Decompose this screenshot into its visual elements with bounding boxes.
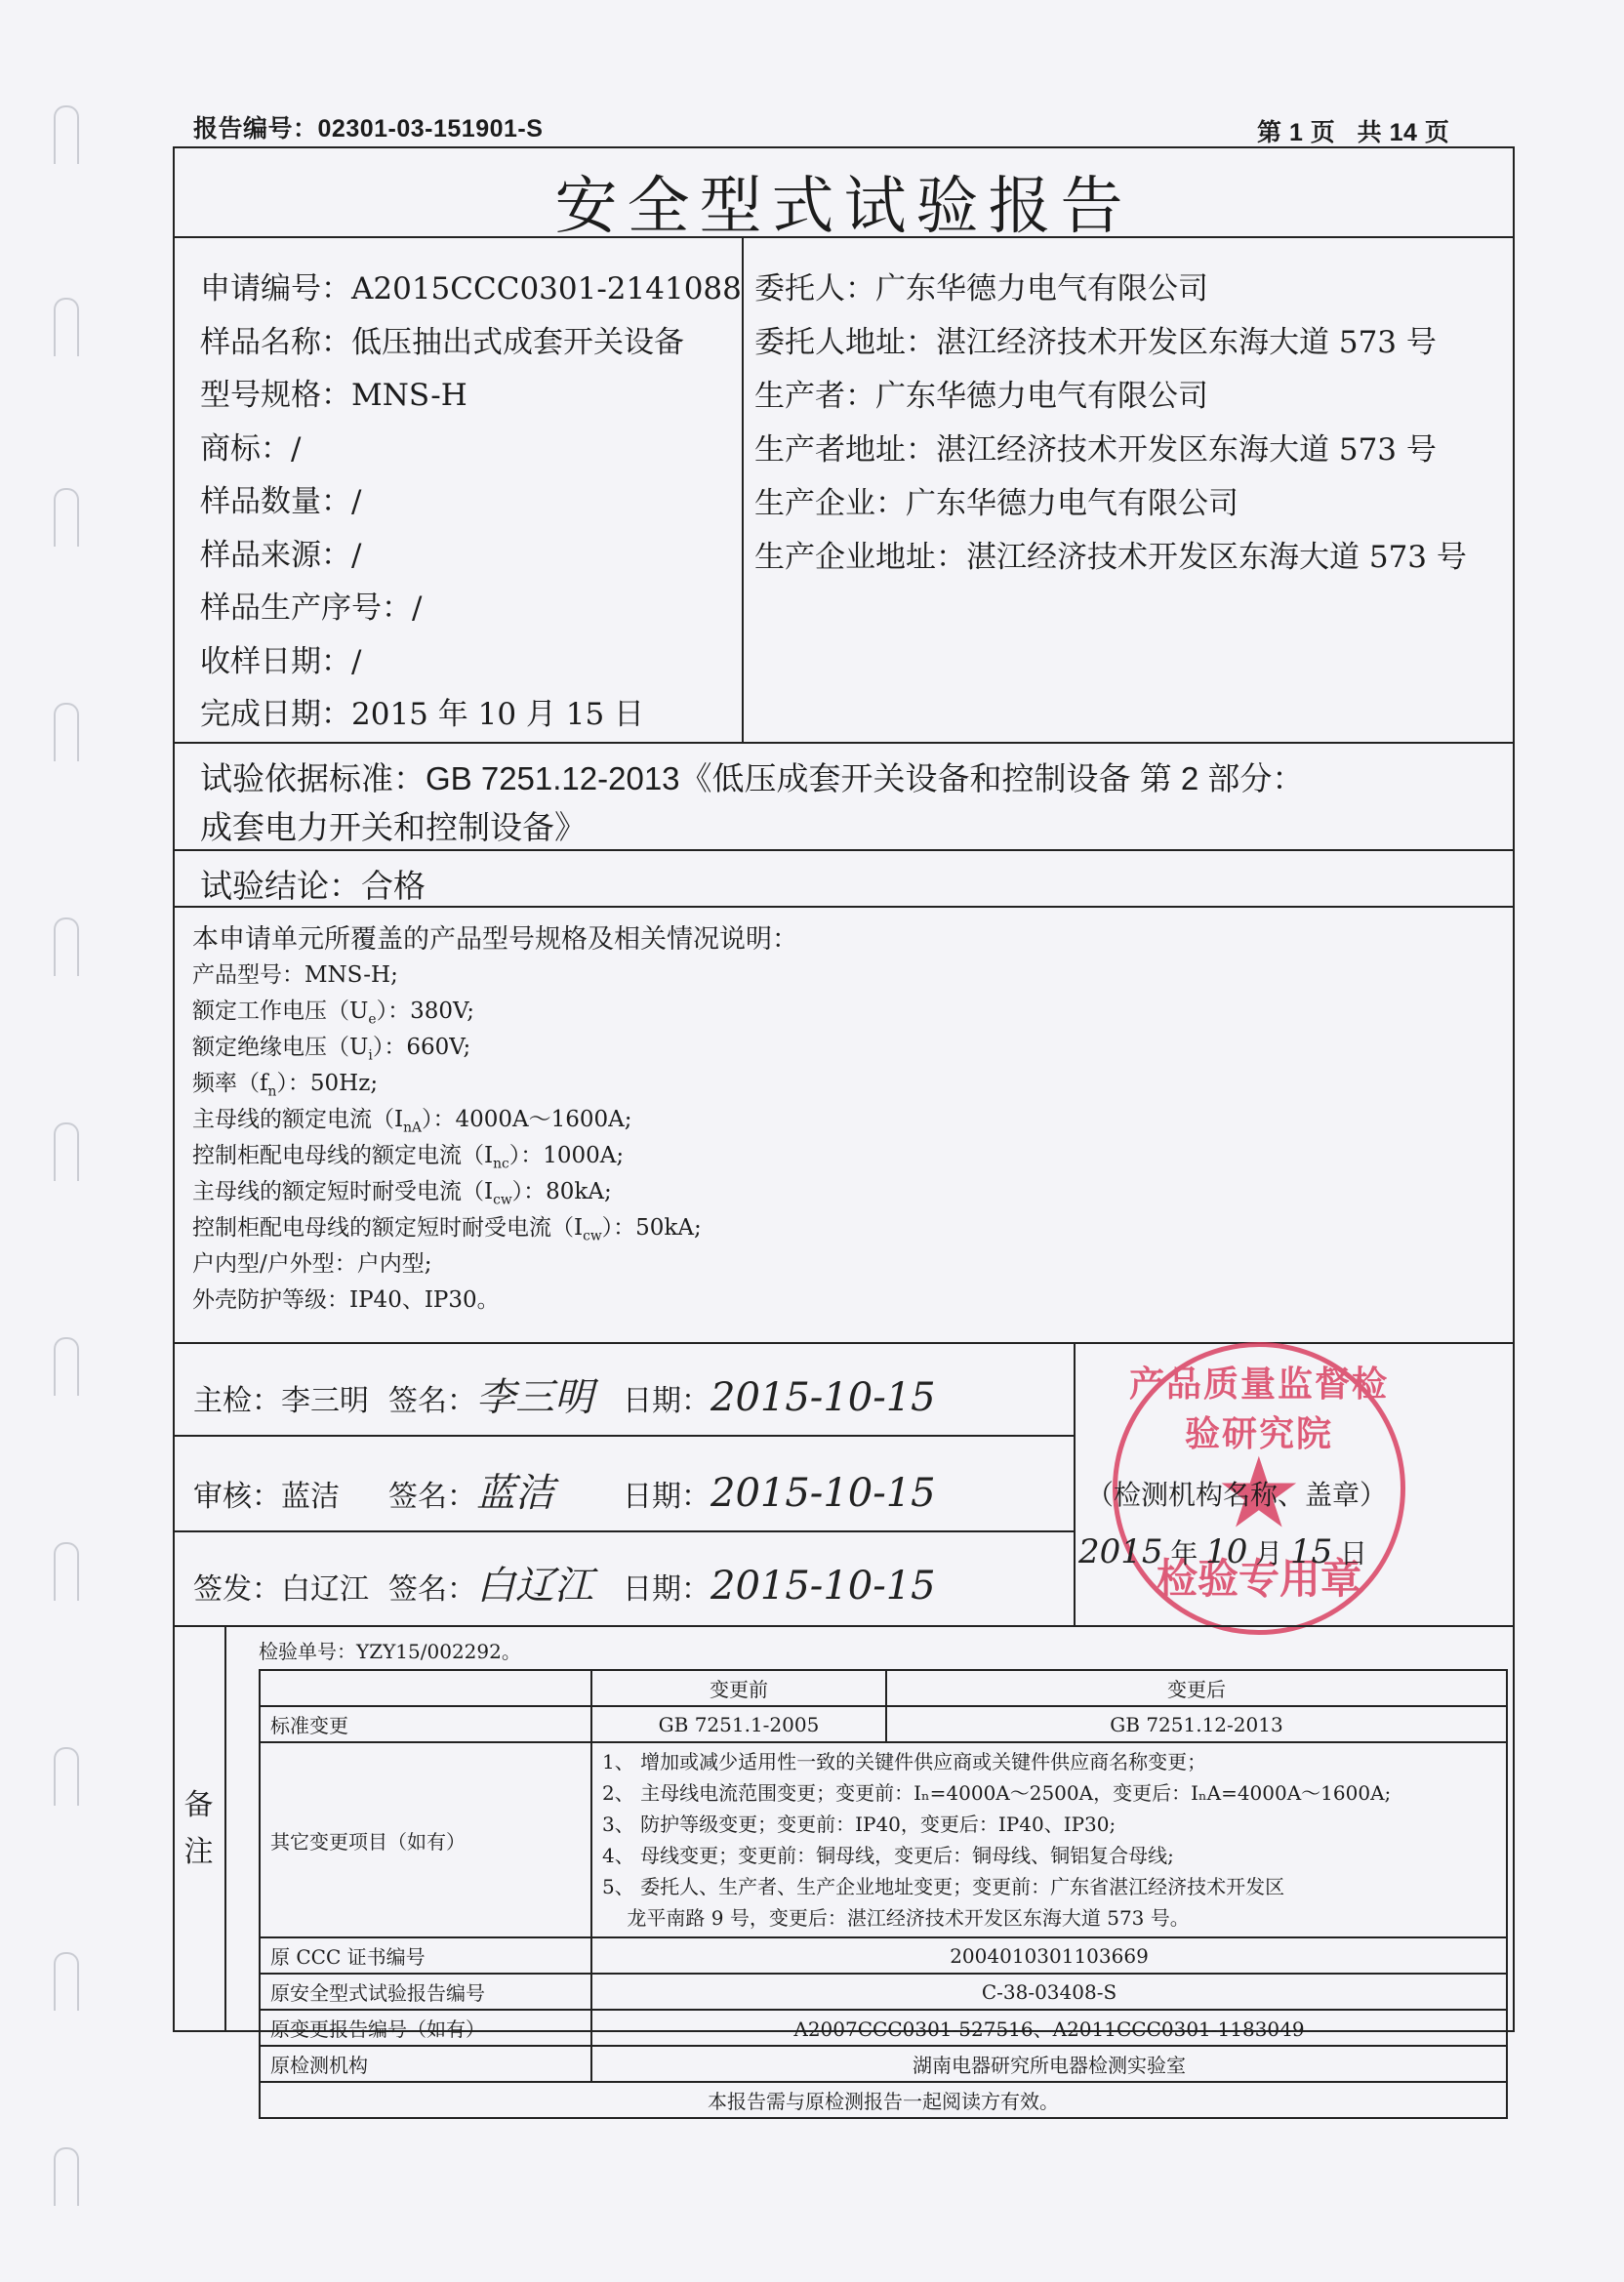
handwritten-date: 2015-10-15 [710,1471,936,1516]
test-conclusion-label: 试验结论： [200,868,361,904]
report-number: 报告编号：02301-03-151901-S [193,109,543,144]
table-row: 原安全型式试验报告编号C-38-03408-S [260,1974,1507,2010]
info-value: 2015 年 10 月 15 日 [351,697,644,732]
spec-line: 户内型/户外型：户内型; [192,1245,432,1278]
spec-line: 主母线的额定电流（InA）：4000A～1600A; [192,1101,632,1136]
info-label: 样品来源： [200,538,351,573]
date-label: 日期： [623,1385,710,1417]
info-value: 广东华德力电气有限公司 [875,271,1208,306]
change-item: 2、 主母线电流范围变更；变更前：Iₙ=4000A～2500A，变更后：IₙA=… [602,1777,1496,1809]
col-after: 变更后 [886,1670,1507,1706]
change-item: 3、 防护等级变更；变更前：IP40，变更后：IP40、IP30; [602,1809,1496,1840]
spec-line: 频率（fn）：50Hz; [192,1065,378,1100]
info-value: / [291,431,301,467]
info-value: / [351,538,361,573]
test-standard-label: 试验依据标准： [200,760,426,796]
spec-line: 额定工作电压（Ue）：380V; [192,993,474,1028]
description-heading: 本申请单元所覆盖的产品型号规格及相关情况说明： [192,917,798,956]
institution-date: 2015 年 10 月 15 日 [1078,1532,1367,1571]
table-footer-row: 本报告需与原检测报告一起阅读方有效。 [260,2082,1507,2118]
change-table: 变更前 变更后 标准变更 GB 7251.1-2005 GB 7251.12-2… [259,1669,1508,2119]
info-label: 生产企业： [754,486,906,521]
table-row: 标准变更 GB 7251.1-2005 GB 7251.12-2013 [260,1706,1507,1742]
change-item: 4、 母线变更；变更前：铜母线，变更后：铜母线、铜铝复合母线; [602,1840,1496,1871]
spec-line: 产品型号：MNS-H; [192,957,398,989]
spec-line: 外壳防护等级：IP40、IP30。 [192,1282,500,1314]
table-row: 其它变更项目（如有） 1、 增加或减少适用性一致的关键件供应商或关键件供应商名称… [260,1742,1507,1937]
info-value: / [351,644,361,679]
binder-hole-icon [54,917,79,976]
handwritten-signature: 蓝洁 [476,1462,623,1518]
info-field: 型号规格：MNS-H [200,370,467,414]
info-value: / [351,484,361,519]
binder-hole-icon [54,1952,79,2011]
info-field: 样品数量：/ [200,476,361,520]
info-label: 样品数量： [200,484,351,519]
info-field: 申请编号：A2015CCC0301-2141088 [200,264,742,307]
info-field: 样品生产序号：/ [200,583,422,627]
page-info: 第 1 页 共 14 页 [1257,113,1449,148]
info-value: MNS-H [351,378,467,413]
info-field: 商标：/ [200,424,301,468]
info-value: 湛江经济技术开发区东海大道 573 号 [936,325,1437,360]
info-field: 样品名称：低压抽出式成套开关设备 [200,317,684,361]
sign-label: 签名： [388,1573,476,1606]
binder-hole-icon [54,298,79,356]
binder-hole-icon [54,105,79,164]
signature-row: 签发：白辽江签名：白辽江日期：2015-10-15 [193,1555,936,1610]
change-item: 5、 委托人、生产者、生产企业地址变更；变更前：广东省湛江经济技术开发区 [602,1871,1496,1902]
table-row: 原 CCC 证书编号2004010301103669 [260,1937,1507,1974]
info-value: 湛江经济技术开发区东海大道 573 号 [966,540,1467,575]
handwritten-signature: 白辽江 [476,1555,623,1610]
page-title: 安全型式试验报告 [173,156,1515,246]
signature-row: 审核：蓝洁签名：蓝洁日期：2015-10-15 [193,1462,936,1518]
spec-line: 额定绝缘电压（Ui）：660V; [192,1029,470,1064]
info-field: 样品来源：/ [200,530,361,574]
date-label: 日期： [623,1573,710,1606]
handwritten-signature: 李三明 [476,1366,623,1422]
info-label: 样品名称： [200,325,351,360]
spec-line: 控制柜配电母线的额定短时耐受电流（Icw）：50kA; [192,1209,702,1244]
binder-hole-icon [54,2147,79,2206]
spec-line: 主母线的额定短时耐受电流（Icw）：80kA; [192,1173,612,1208]
test-standard-line2: 成套电力开关和控制设备》 [200,802,587,848]
col-before: 变更前 [591,1670,886,1706]
info-value: 低压抽出式成套开关设备 [351,325,684,360]
info-label: 委托人： [754,271,875,306]
institution-note: （检测机构名称、盖章） [1086,1474,1387,1513]
info-value: 湛江经济技术开发区东海大道 573 号 [936,432,1437,468]
report-number-label: 报告编号： [193,115,318,143]
date-label: 日期： [623,1481,710,1513]
client-field: 生产者地址：湛江经济技术开发区东海大道 573 号 [754,425,1437,469]
info-field: 完成日期：2015 年 10 月 15 日 [200,689,644,733]
person-name: 蓝洁 [281,1472,388,1515]
binder-hole-icon [54,1122,79,1181]
table-header-row: 变更前 变更后 [260,1670,1507,1706]
handwritten-date: 2015-10-15 [710,1564,936,1609]
test-standard-line1: GB 7251.12-2013《低压成套开关设备和控制设备 第 2 部分： [426,760,1304,796]
info-label: 生产者地址： [754,432,936,468]
info-label: 申请编号： [200,271,351,306]
info-label: 生产者： [754,379,875,414]
info-label: 委托人地址： [754,325,936,360]
role-label: 主检： [193,1385,281,1417]
info-label: 完成日期： [200,697,351,732]
info-label: 型号规格： [200,378,351,413]
table-row: 原变更报告编号（如有）A2007CCC0301-527516、A2011CCC0… [260,2010,1507,2046]
info-label: 生产企业地址： [754,540,966,575]
binder-hole-icon [54,1337,79,1396]
binder-hole-icon [54,488,79,547]
remarks-label: 备 注 [173,1625,226,2032]
role-label: 审核： [193,1481,281,1513]
sign-label: 签名： [388,1385,476,1417]
info-label: 样品生产序号： [200,591,412,626]
report-number-value: 02301-03-151901-S [318,115,544,143]
role-label: 签发： [193,1573,281,1606]
client-field: 生产企业地址：湛江经济技术开发区东海大道 573 号 [754,532,1467,576]
binder-hole-icon [54,703,79,761]
client-field: 委托人：广东华德力电气有限公司 [754,264,1208,307]
table-row: 原检测机构湖南电器研究所电器检测实验室 [260,2046,1507,2082]
test-standard: 试验依据标准：GB 7251.12-2013《低压成套开关设备和控制设备 第 2… [200,754,1304,799]
client-field: 委托人地址：湛江经济技术开发区东海大道 573 号 [754,317,1437,361]
test-conclusion-value: 合格 [361,868,426,904]
info-label: 商标： [200,431,291,467]
info-value: A2015CCC0301-2141088 [351,271,742,306]
info-value: 广东华德力电气有限公司 [875,379,1208,414]
change-item: 龙平南路 9 号，变更后：湛江经济技术开发区东海大道 573 号。 [602,1902,1496,1934]
binder-hole-icon [54,1747,79,1806]
handwritten-date: 2015-10-15 [710,1375,936,1420]
binder-hole-icon [54,1542,79,1601]
spec-line: 控制柜配电母线的额定电流（Inc）：1000A; [192,1137,624,1172]
info-value: 广东华德力电气有限公司 [906,486,1238,521]
signature-row: 主检：李三明签名：李三明日期：2015-10-15 [193,1366,936,1422]
person-name: 白辽江 [281,1565,388,1608]
change-item: 1、 增加或减少适用性一致的关键件供应商或关键件供应商名称变更； [602,1746,1496,1777]
info-value: / [412,591,422,626]
sign-label: 签名： [388,1481,476,1513]
info-label: 收样日期： [200,644,351,679]
test-conclusion: 试验结论：合格 [200,861,426,907]
info-field: 收样日期：/ [200,636,361,680]
client-field: 生产企业：广东华德力电气有限公司 [754,478,1238,522]
inspection-number: 检验单号：YZY15/002292。 [259,1636,521,1664]
client-field: 生产者：广东华德力电气有限公司 [754,371,1208,415]
other-change-items: 1、 增加或减少适用性一致的关键件供应商或关键件供应商名称变更；2、 主母线电流… [591,1742,1507,1937]
person-name: 李三明 [281,1376,388,1419]
